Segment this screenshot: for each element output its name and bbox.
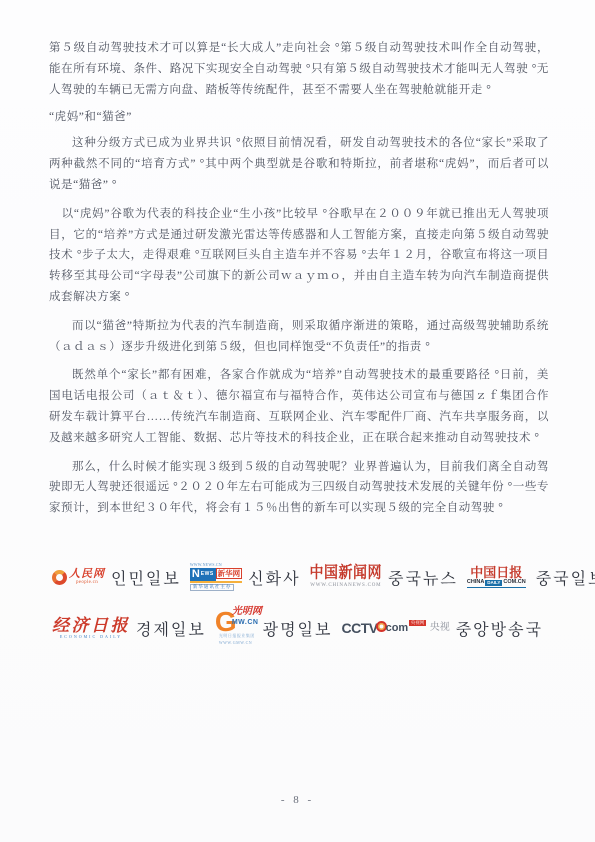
label-cctv-korean: 중앙방송국 <box>456 617 543 640</box>
xinhua-news-box-icon: N EWS <box>190 568 216 581</box>
gmw-domain-text: MW.CN <box>232 619 259 626</box>
xinhua-url-text: WWW.NEWS.CN <box>190 563 222 567</box>
scanned-document-page: 第５级自动驾驶技术才可以算是“长大成人”走向社会 °第５级自动驾驶技术叫作全自动… <box>0 0 595 842</box>
cctv-yangshi-text: 央视 <box>430 623 450 633</box>
cctv-wang-badge: 央视网 <box>409 620 426 627</box>
paragraph-timeline-outlook: 那么，什么时候才能实现３级到５级的自动驾驶呢？业界普遍认为，目前我们离全自动驾驶… <box>49 457 549 519</box>
paragraph-level5-intro: 第５级自动驾驶技术才可以算是“长大成人”走向社会 °第５级自动驾驶技术叫作全自动… <box>49 38 549 100</box>
peoples-daily-swirl-icon <box>52 570 67 585</box>
press-logos-strip: 人民网 people.cn 인민일보 WWW.NEWS.CN N EWS 新华网… <box>52 556 552 652</box>
economic-daily-logo-cn-text: 经济日报 <box>52 617 130 634</box>
cctv-com-text: com <box>386 623 409 634</box>
china-daily-logo: 中国日报 CHINA DAILY COM.CN <box>467 566 526 588</box>
paragraph-tesla-cat-dad: 而以“猫爸”特斯拉为代表的汽车制造商，则采取循序渐进的策略，通过高级驾驶辅助系统… <box>49 316 549 358</box>
label-people-daily-korean: 인민일보 <box>111 566 181 589</box>
peoples-daily-logo-text: 人民网 <box>69 569 105 580</box>
economic-daily-logo: 经济日报 ECONOMIC DAILY <box>52 617 130 639</box>
xinhua-net-logo: WWW.NEWS.CN N EWS 新华网 新华通讯社主办 <box>190 563 242 592</box>
economic-daily-logo-subtext: ECONOMIC DAILY <box>60 635 122 639</box>
article-text-block: 第５级自动驾驶技术才可以算是“长大成人”走向社会 °第５级自动驾驶技术叫作全自动… <box>49 38 549 527</box>
xinhua-agency-text: 新华通讯社主办 <box>190 584 235 592</box>
chinanews-url-text: WWW.CHINANEWS.COM <box>310 583 381 588</box>
cctv-wordmark-text: CCTV <box>341 621 377 635</box>
gmw-script-text: 光明网 <box>232 607 262 617</box>
peoples-daily-online-logo: 人民网 people.cn <box>52 569 105 585</box>
label-chinadaily-korean: 중국일보 <box>536 566 595 589</box>
chinanews-logo-cn-text: 中国新闻网 <box>310 565 383 581</box>
paragraph-grading-consensus: 这种分级方式已成为业界共识 °依照目前情况看，研发自动驾驶技术的各位“家长”采取… <box>49 133 549 195</box>
press-logos-row-2: 经济日报 ECONOMIC DAILY 경제일보 G 光明网 MW.CN 光明日… <box>52 604 552 652</box>
cctv-logo: CCTV com 央视网 央视 <box>341 621 449 636</box>
paragraph-google-tiger-mom: 以“虎妈”谷歌为代表的科技企业“生小孩”比较早 °谷歌早在２００９年就已推出无人… <box>49 204 549 308</box>
gmw-subtext-2: WWW.GMW.CN <box>219 641 252 645</box>
guangming-online-logo: G 光明网 MW.CN 光明日报报业集团 WWW.GMW.CN <box>215 607 257 649</box>
peoples-daily-logo-subtext: people.cn <box>76 580 98 585</box>
label-xinhua-korean: 신화사 <box>248 566 300 589</box>
chinadaily-logo-cn-text: 中国日报 <box>470 566 522 579</box>
paragraph-industry-cooperation: 既然单个“家长”都有困难，各家合作就成为“培养”自动驾驶技术的最重要路径 °日前… <box>49 365 549 448</box>
press-logos-row-1: 人民网 people.cn 인민일보 WWW.NEWS.CN N EWS 新华网… <box>52 556 552 598</box>
section-heading-tiger-mom-cat-dad: “虎妈”和“猫爸” <box>49 108 549 124</box>
xinhua-logo-cn-text: 新华网 <box>216 568 243 580</box>
gmw-subtext-1: 光明日报报业集团 <box>219 634 255 638</box>
chinadaily-url-bar: CHINA DAILY COM.CN <box>467 580 526 588</box>
label-chinanews-korean: 중국뉴스 <box>388 566 458 589</box>
page-number: - 8 - <box>0 794 595 806</box>
label-guangming-korean: 광명일보 <box>263 617 333 640</box>
label-economic-daily-korean: 경제일보 <box>136 617 206 640</box>
china-news-service-logo: 中国新闻网 WWW.CHINANEWS.COM <box>310 567 383 588</box>
